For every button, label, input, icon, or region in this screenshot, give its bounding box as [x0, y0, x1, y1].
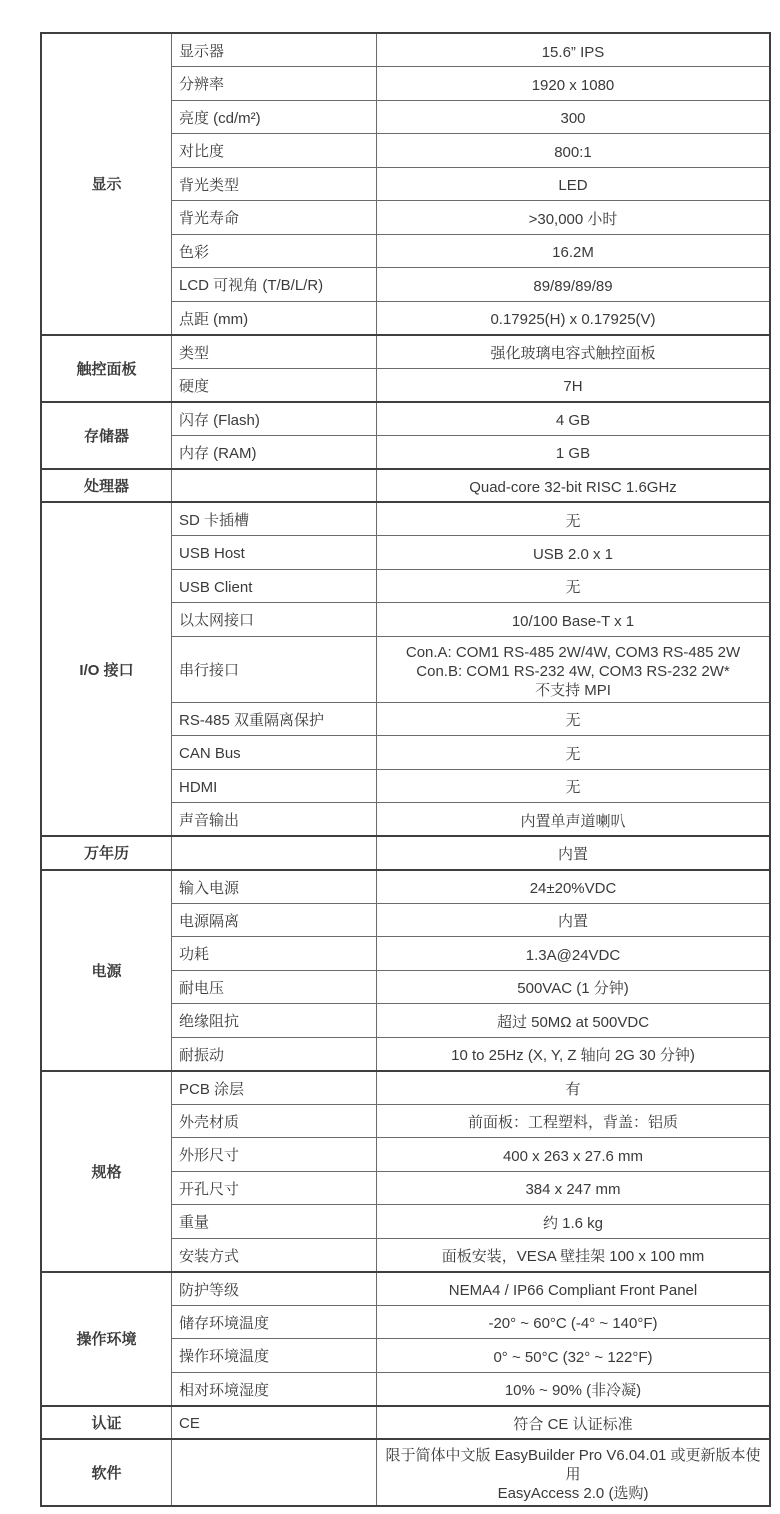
value-cell: >30,000 小时: [377, 201, 771, 235]
value-cell: 4 GB: [377, 402, 771, 436]
attribute-cell: 操作环境温度: [172, 1339, 377, 1373]
attribute-cell: [172, 469, 377, 503]
attribute-cell: [172, 836, 377, 870]
attribute-cell: 闪存 (Flash): [172, 402, 377, 436]
value-cell: 无: [377, 736, 771, 770]
table-row: 操作环境防护等级NEMA4 / IP66 Compliant Front Pan…: [41, 1272, 770, 1306]
category-cell: 软件: [41, 1439, 172, 1506]
value-cell: 800:1: [377, 134, 771, 168]
attribute-cell: 色彩: [172, 234, 377, 268]
attribute-cell: 安装方式: [172, 1238, 377, 1272]
attribute-cell: 相对环境湿度: [172, 1372, 377, 1406]
value-cell: 300: [377, 100, 771, 134]
attribute-cell: RS-485 双重隔离保护: [172, 702, 377, 736]
attribute-cell: 显示器: [172, 33, 377, 67]
value-cell: USB 2.0 x 1: [377, 536, 771, 570]
value-cell: 89/89/89/89: [377, 268, 771, 302]
value-cell: 1.3A@24VDC: [377, 937, 771, 971]
value-cell: 无: [377, 769, 771, 803]
attribute-cell: 串行接口: [172, 636, 377, 702]
attribute-cell: 重量: [172, 1205, 377, 1239]
category-cell: 显示: [41, 33, 172, 335]
value-cell: 7H: [377, 368, 771, 402]
attribute-cell: 外形尺寸: [172, 1138, 377, 1172]
spec-sheet: 显示显示器15.6” IPS分辨率1920 x 1080亮度 (cd/m²)30…: [40, 32, 771, 1507]
value-cell: 1920 x 1080: [377, 67, 771, 101]
value-cell: -20° ~ 60°C (-4° ~ 140°F): [377, 1305, 771, 1339]
value-cell: 0.17925(H) x 0.17925(V): [377, 301, 771, 335]
value-cell: 0° ~ 50°C (32° ~ 122°F): [377, 1339, 771, 1373]
table-row: 万年历内置: [41, 836, 770, 870]
table-row: 电源输入电源24±20%VDC: [41, 870, 770, 904]
value-cell: NEMA4 / IP66 Compliant Front Panel: [377, 1272, 771, 1306]
spec-table-body: 显示显示器15.6” IPS分辨率1920 x 1080亮度 (cd/m²)30…: [41, 33, 770, 1506]
attribute-cell: 绝缘阻抗: [172, 1004, 377, 1038]
value-cell: 24±20%VDC: [377, 870, 771, 904]
attribute-cell: 背光类型: [172, 167, 377, 201]
value-cell: 15.6” IPS: [377, 33, 771, 67]
attribute-cell: 耐振动: [172, 1037, 377, 1071]
category-cell: 规格: [41, 1071, 172, 1272]
value-cell: 10 to 25Hz (X, Y, Z 轴向 2G 30 分钟): [377, 1037, 771, 1071]
category-cell: 存储器: [41, 402, 172, 469]
value-cell: 超过 50MΩ at 500VDC: [377, 1004, 771, 1038]
value-cell: 约 1.6 kg: [377, 1205, 771, 1239]
value-cell: 10/100 Base-T x 1: [377, 603, 771, 637]
value-cell: 无: [377, 569, 771, 603]
category-cell: 操作环境: [41, 1272, 172, 1406]
table-row: I/O 接口SD 卡插槽无: [41, 502, 770, 536]
attribute-cell: 硬度: [172, 368, 377, 402]
category-cell: I/O 接口: [41, 502, 172, 836]
table-row: 处理器Quad-core 32-bit RISC 1.6GHz: [41, 469, 770, 503]
value-cell: 16.2M: [377, 234, 771, 268]
value-cell: 符合 CE 认证标准: [377, 1406, 771, 1440]
value-cell: 内置: [377, 836, 771, 870]
attribute-cell: USB Host: [172, 536, 377, 570]
value-cell: 500VAC (1 分钟): [377, 970, 771, 1004]
attribute-cell: 分辨率: [172, 67, 377, 101]
attribute-cell: 内存 (RAM): [172, 435, 377, 469]
attribute-cell: 功耗: [172, 937, 377, 971]
attribute-cell: 防护等级: [172, 1272, 377, 1306]
spec-table: 显示显示器15.6” IPS分辨率1920 x 1080亮度 (cd/m²)30…: [40, 32, 771, 1507]
attribute-cell: [172, 1439, 377, 1506]
value-cell: 内置: [377, 903, 771, 937]
value-cell: 前面板：工程塑料，背盖：铝质: [377, 1104, 771, 1138]
category-cell: 万年历: [41, 836, 172, 870]
value-cell: 384 x 247 mm: [377, 1171, 771, 1205]
value-cell: 无: [377, 502, 771, 536]
value-cell: 有: [377, 1071, 771, 1105]
value-cell: Quad-core 32-bit RISC 1.6GHz: [377, 469, 771, 503]
value-cell: 强化玻璃电容式触控面板: [377, 335, 771, 369]
value-cell: 1 GB: [377, 435, 771, 469]
value-cell: LED: [377, 167, 771, 201]
value-cell: 400 x 263 x 27.6 mm: [377, 1138, 771, 1172]
attribute-cell: 对比度: [172, 134, 377, 168]
attribute-cell: CAN Bus: [172, 736, 377, 770]
attribute-cell: 点距 (mm): [172, 301, 377, 335]
attribute-cell: SD 卡插槽: [172, 502, 377, 536]
attribute-cell: 储存环境温度: [172, 1305, 377, 1339]
attribute-cell: LCD 可视角 (T/B/L/R): [172, 268, 377, 302]
table-row: 软件限于简体中文版 EasyBuilder Pro V6.04.01 或更新版本…: [41, 1439, 770, 1506]
value-cell: Con.A: COM1 RS-485 2W/4W, COM3 RS-485 2W…: [377, 636, 771, 702]
attribute-cell: PCB 涂层: [172, 1071, 377, 1105]
attribute-cell: HDMI: [172, 769, 377, 803]
attribute-cell: 声音输出: [172, 803, 377, 837]
attribute-cell: 以太网接口: [172, 603, 377, 637]
table-row: 规格PCB 涂层有: [41, 1071, 770, 1105]
attribute-cell: USB Client: [172, 569, 377, 603]
value-cell: 面板安装，VESA 壁挂架 100 x 100 mm: [377, 1238, 771, 1272]
attribute-cell: 输入电源: [172, 870, 377, 904]
category-cell: 认证: [41, 1406, 172, 1440]
table-row: 触控面板类型强化玻璃电容式触控面板: [41, 335, 770, 369]
attribute-cell: 电源隔离: [172, 903, 377, 937]
attribute-cell: 背光寿命: [172, 201, 377, 235]
value-cell: 无: [377, 702, 771, 736]
attribute-cell: 外壳材质: [172, 1104, 377, 1138]
category-cell: 电源: [41, 870, 172, 1071]
value-cell: 内置单声道喇叭: [377, 803, 771, 837]
attribute-cell: 耐电压: [172, 970, 377, 1004]
category-cell: 触控面板: [41, 335, 172, 402]
attribute-cell: 开孔尺寸: [172, 1171, 377, 1205]
table-row: 认证CE符合 CE 认证标准: [41, 1406, 770, 1440]
table-row: 显示显示器15.6” IPS: [41, 33, 770, 67]
value-cell: 10% ~ 90% (非冷凝): [377, 1372, 771, 1406]
attribute-cell: 类型: [172, 335, 377, 369]
table-row: 存储器闪存 (Flash)4 GB: [41, 402, 770, 436]
attribute-cell: 亮度 (cd/m²): [172, 100, 377, 134]
category-cell: 处理器: [41, 469, 172, 503]
value-cell: 限于简体中文版 EasyBuilder Pro V6.04.01 或更新版本使用…: [377, 1439, 771, 1506]
attribute-cell: CE: [172, 1406, 377, 1440]
